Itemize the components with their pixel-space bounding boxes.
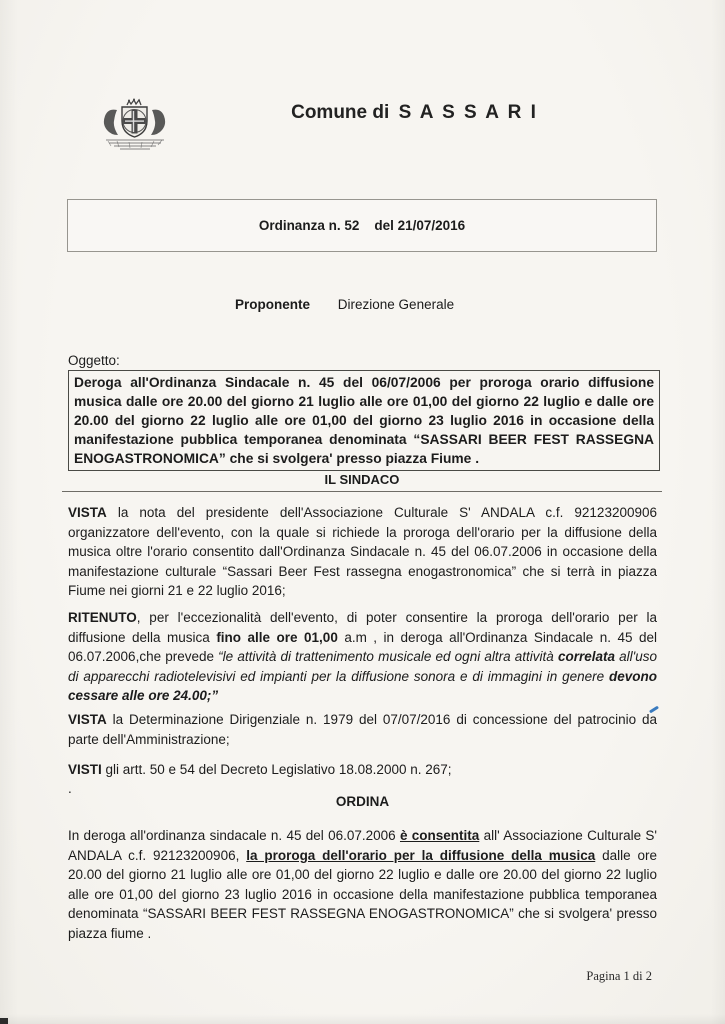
proponente-row: Proponente Direzione Generale bbox=[235, 297, 454, 312]
proponente-label: Proponente bbox=[235, 297, 310, 312]
section-heading-ordina: ORDINA bbox=[68, 794, 657, 809]
section-heading-il-sindaco: IL SINDACO bbox=[62, 472, 662, 492]
paragraph-ritenuto: RITENUTO, per l'eccezionalità dell'event… bbox=[68, 608, 657, 706]
paragraph-ordina-body: In deroga all'ordinanza sindacale n. 45 … bbox=[68, 826, 657, 943]
title-municipality: Comune di bbox=[291, 102, 389, 123]
title-city-name: S A S S A R I bbox=[399, 102, 538, 123]
paragraph-vista-nota: VISTA la nota del presidente dell'Associ… bbox=[68, 503, 657, 601]
ordinance-number: Ordinanza n. 52 bbox=[259, 218, 360, 233]
paragraph-visti-artt: VISTI gli artt. 50 e 54 del Decreto Legi… bbox=[68, 760, 657, 780]
scanned-ordinance-page: Comune di S A S S A R I Ordinanza n. 52 … bbox=[0, 0, 725, 1024]
ordinance-date: del 21/07/2016 bbox=[374, 218, 465, 233]
oggetto-label: Oggetto: bbox=[68, 353, 120, 368]
paragraph-vista-determinazione: VISTA la Determinazione Dirigenziale n. … bbox=[68, 710, 657, 749]
ordinance-number-box: Ordinanza n. 52 del 21/07/2016 bbox=[67, 199, 657, 252]
scan-edge-artifact bbox=[0, 1018, 8, 1024]
page-number-indicator: Pagina 1 di 2 bbox=[586, 969, 652, 984]
oggetto-box: Deroga all'Ordinanza Sindacale n. 45 del… bbox=[68, 370, 660, 471]
document-title: Comune di S A S S A R I bbox=[0, 102, 725, 124]
proponente-value: Direzione Generale bbox=[338, 297, 454, 312]
